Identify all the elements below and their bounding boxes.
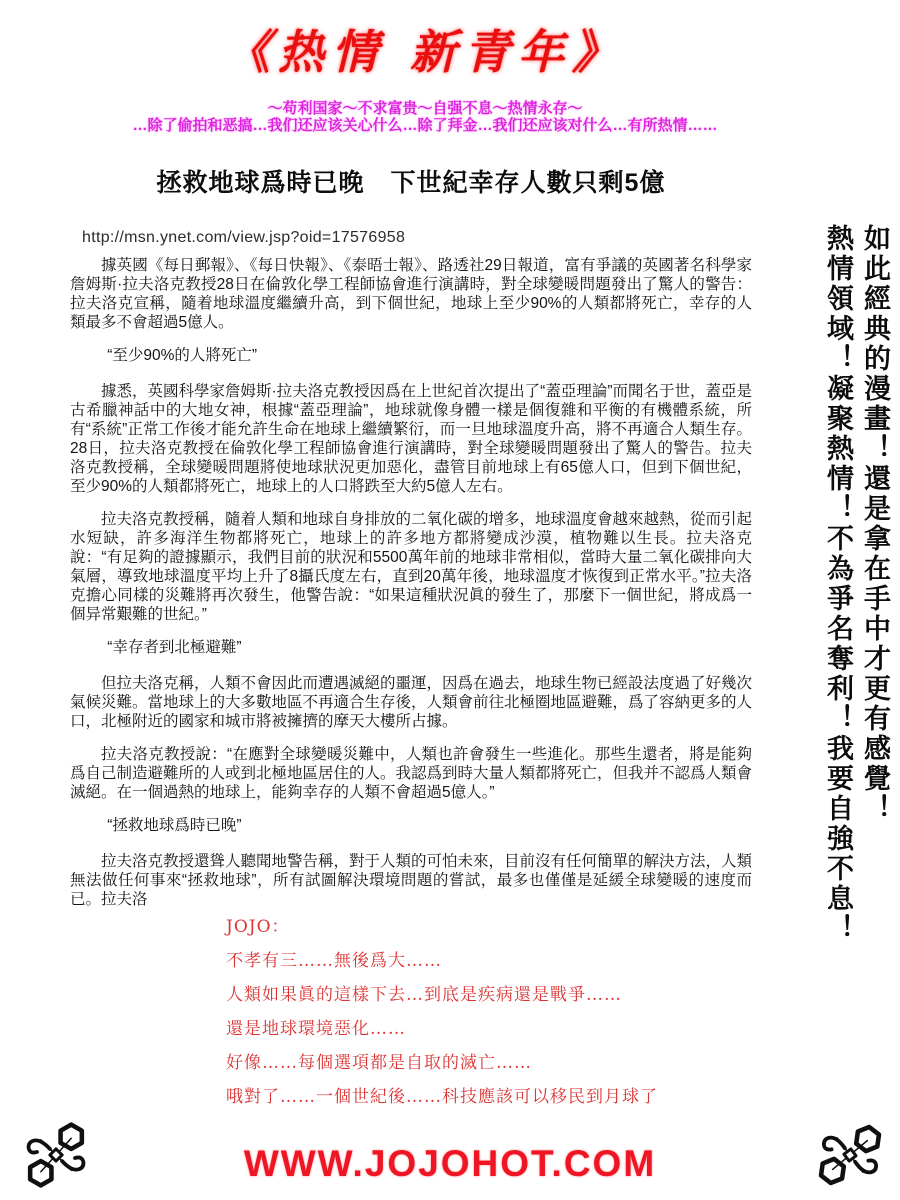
editor-comment-block: JOJO： 不孝有三……無後爲大…… 人類如果眞的這樣下去…到底是疾病還是戰爭……: [226, 918, 786, 1122]
article-paragraph: “至少90%的人將死亡”: [70, 346, 752, 365]
vertical-slogan-column: 熱情領域！凝聚熱情！不為爭名奪利！我要自強不息！: [822, 224, 853, 954]
vertical-slogan-column: 如此經典的漫畫！還是拿在手中才更有感覺！: [859, 224, 890, 954]
article-paragraph: 拉夫洛克教授說：“在應對全球變暖災難中，人類也許會發生一些進化。那些生還者，將是…: [70, 745, 752, 802]
pinwheel-ornament-icon: [807, 1109, 894, 1200]
article-paragraph: 但拉夫洛克稱，人類不會因此而遭遇滅絕的噩運，因爲在過去，地球生物已經設法度過了好…: [70, 674, 752, 731]
article-source-url[interactable]: http://msn.ynet.com/view.jsp?oid=1757695…: [82, 229, 405, 247]
article-paragraph: 據英國《每日郵報》、《每日快報》、《泰晤士報》、路透社29日報道，富有爭議的英國…: [70, 256, 752, 332]
masthead-motto-line2: …除了偷拍和恶搞…我们还应该关心什么…除了拜金…我们还应该对什么…有所热情……: [0, 114, 850, 135]
article-paragraph: “拯救地球爲時已晚”: [70, 816, 752, 835]
editor-comment-line: 好像……每個選項都是自取的滅亡……: [226, 1054, 786, 1072]
vertical-slogan-banner: 如此經典的漫畫！還是拿在手中才更有感覺！ 熱情領域！凝聚熱情！不為爭名奪利！我要…: [822, 224, 890, 954]
editor-comment-line: 還是地球環境惡化……: [226, 1020, 786, 1038]
editor-comment-line: JOJO：: [226, 918, 786, 936]
editor-comment-line: 哦對了……一個世紀後……科技應該可以移民到月球了: [226, 1088, 786, 1106]
editor-comment-line: 人類如果眞的這樣下去…到底是疾病還是戰爭……: [226, 986, 786, 1004]
article-paragraph: 拉夫洛克教授還聳人聽聞地警告稱，對于人類的可怕未來，目前沒有任何簡單的解決方法，…: [70, 852, 752, 909]
article-body: 據英國《每日郵報》、《每日快報》、《泰晤士報》、路透社29日報道，富有爭議的英國…: [70, 256, 752, 923]
article-paragraph: “幸存者到北極避難”: [70, 638, 752, 657]
site-url[interactable]: WWW.JOJOHOT.COM: [0, 1143, 900, 1185]
article-headline: 拯救地球爲時已晚 下世紀幸存人數只剩5億: [70, 163, 752, 199]
article-paragraph: 拉夫洛克教授稱，隨着人類和地球自身排放的二氧化碳的增多，地球溫度會越來越熱，從而…: [70, 510, 752, 624]
magazine-title: 《热情 新青年》: [0, 16, 850, 82]
scanned-magazine-page: 《热情 新青年》 ～苟利国家～不求富贵～自强不息～热情永存～ …除了偷拍和恶搞……: [0, 0, 900, 1200]
editor-comment-line: 不孝有三……無後爲大……: [226, 952, 786, 970]
article-paragraph: 據悉，英國科學家詹姆斯·拉夫洛克教授因爲在上世紀首次提出了“蓋亞理論”而聞名于世…: [70, 382, 752, 496]
